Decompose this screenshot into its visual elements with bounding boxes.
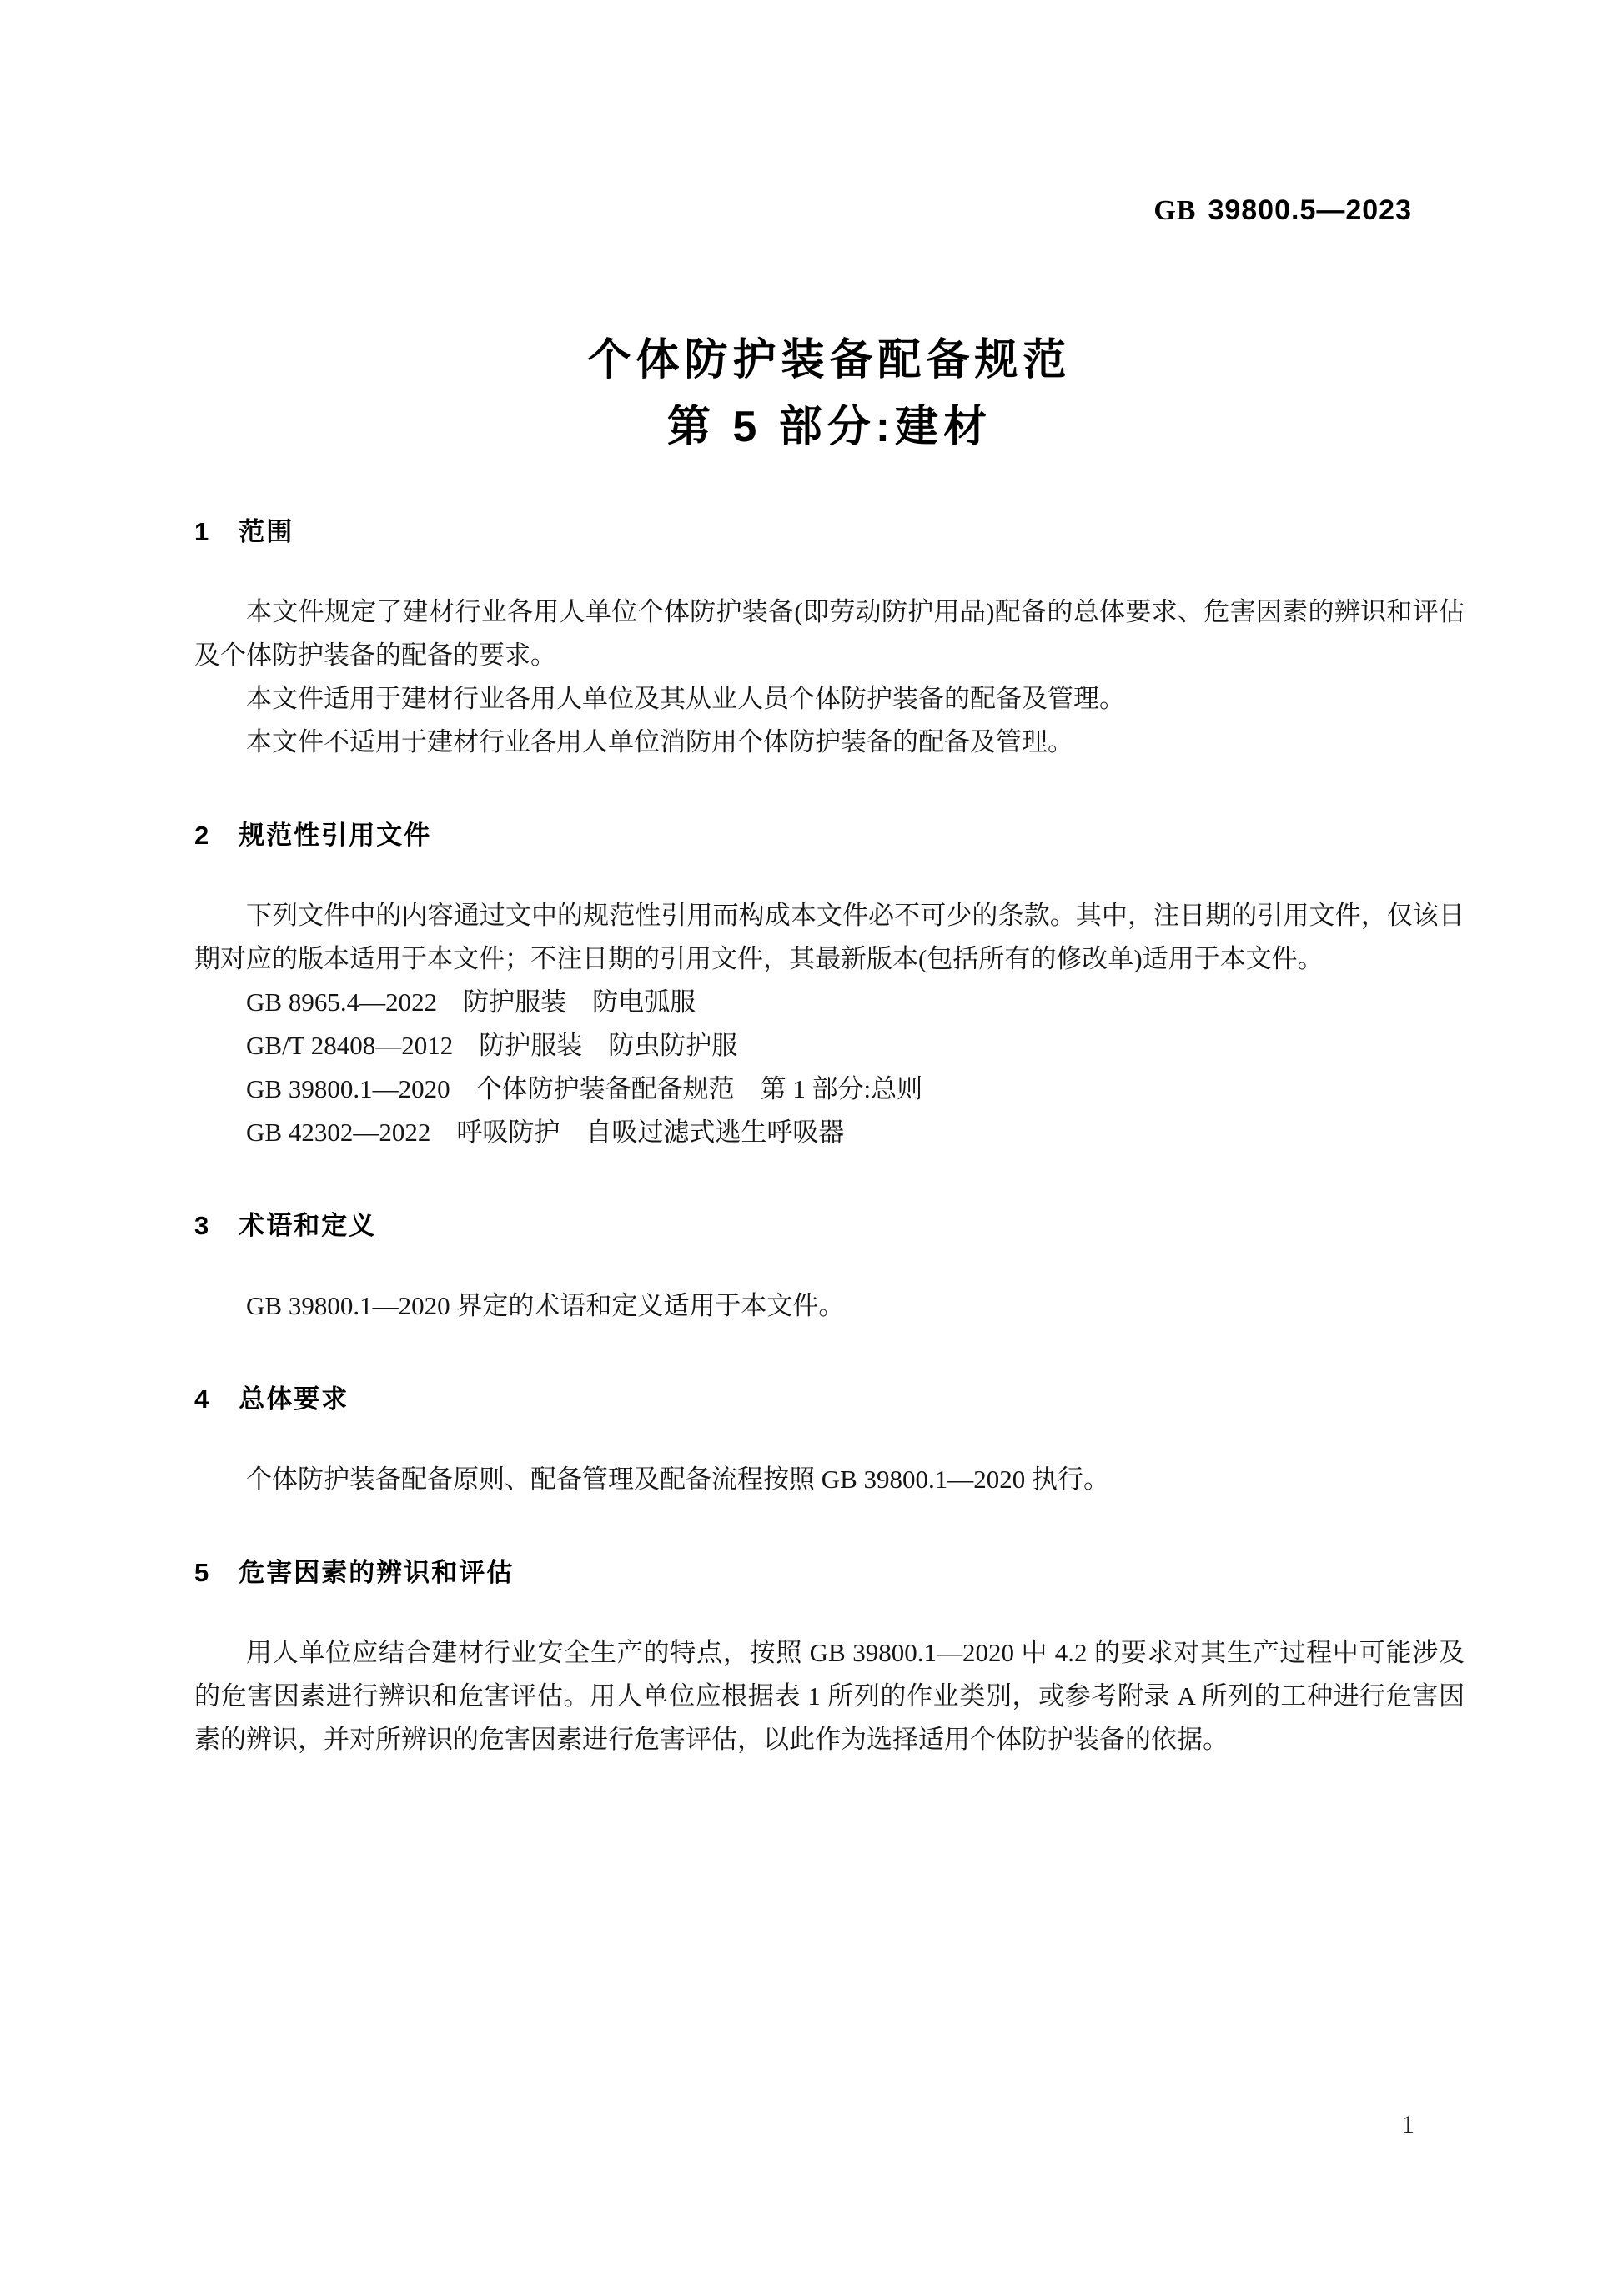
section-5-paragraph: 用人单位应结合建材行业安全生产的特点，按照 GB 39800.1—2020 中 … (194, 1631, 1465, 1761)
section-5-heading: 5危害因素的辨识和评估 (194, 1558, 1465, 1588)
section-3-number: 3 (194, 1211, 209, 1241)
normative-reference: GB 8965.4—2022 防护服装 防电弧服 (194, 981, 1465, 1024)
section-1-heading: 1范围 (194, 517, 1465, 547)
section-2-title: 规范性引用文件 (239, 821, 431, 850)
section-2-number: 2 (194, 821, 209, 851)
section-3-heading: 3术语和定义 (194, 1211, 1465, 1241)
document-page: GB39800.5—2023 个体防护装备配备规范 第 5 部分:建材 1范围 … (0, 0, 1623, 2296)
section-4-number: 4 (194, 1384, 209, 1414)
normative-reference: GB/T 28408—2012 防护服装 防虫防护服 (194, 1024, 1465, 1068)
standard-code-prefix: GB (1153, 195, 1196, 226)
standard-code: GB39800.5—2023 (194, 194, 1465, 227)
document-title-line1: 个体防护装备配备规范 (194, 327, 1465, 394)
section-1-number: 1 (194, 517, 209, 547)
section-5-number: 5 (194, 1558, 209, 1588)
section-3-paragraph: GB 39800.1—2020 界定的术语和定义适用于本文件。 (194, 1284, 1465, 1328)
normative-reference: GB 42302—2022 呼吸防护 自吸过滤式逃生呼吸器 (194, 1111, 1465, 1154)
section-4-paragraph: 个体防护装备配备原则、配备管理及配备流程按照 GB 39800.1—2020 执… (194, 1458, 1465, 1501)
section-3-title: 术语和定义 (239, 1211, 376, 1240)
document-title-line2: 第 5 部分:建材 (194, 394, 1465, 460)
section-2-heading: 2规范性引用文件 (194, 821, 1465, 851)
page-number: 1 (1402, 2109, 1415, 2139)
section-4-title: 总体要求 (239, 1384, 349, 1414)
section-1-paragraph: 本文件不适用于建材行业各用人单位消防用个体防护装备的配备及管理。 (194, 721, 1465, 764)
section-5-title: 危害因素的辨识和评估 (239, 1558, 514, 1587)
section-1-paragraph: 本文件适用于建材行业各用人单位及其从业人员个体防护装备的配备及管理。 (194, 677, 1465, 721)
document-title: 个体防护装备配备规范 第 5 部分:建材 (194, 327, 1465, 460)
section-1-paragraph: 本文件规定了建材行业各用人单位个体防护装备(即劳动防护用品)配备的总体要求、危害… (194, 590, 1465, 677)
standard-code-number: 39800.5—2023 (1208, 194, 1412, 226)
section-2-paragraph: 下列文件中的内容通过文中的规范性引用而构成本文件必不可少的条款。其中，注日期的引… (194, 894, 1465, 981)
normative-reference: GB 39800.1—2020 个体防护装备配备规范 第 1 部分:总则 (194, 1068, 1465, 1111)
page-content: GB39800.5—2023 个体防护装备配备规范 第 5 部分:建材 1范围 … (0, 194, 1623, 1761)
section-4-heading: 4总体要求 (194, 1384, 1465, 1414)
section-1-title: 范围 (239, 517, 294, 546)
normative-reference-list: GB 8965.4—2022 防护服装 防电弧服 GB/T 28408—2012… (194, 981, 1465, 1154)
